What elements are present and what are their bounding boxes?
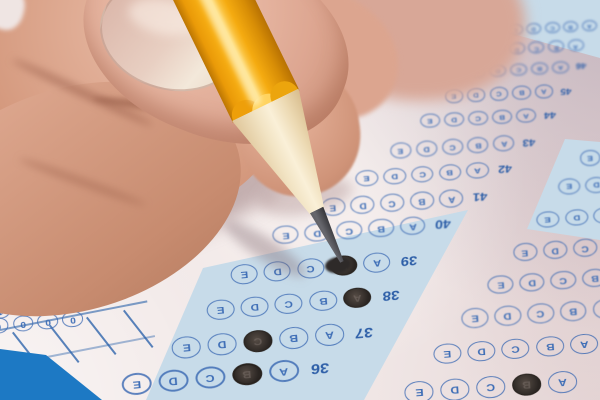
- bubble-A: A: [570, 333, 599, 355]
- bubble-letter: D: [391, 172, 398, 180]
- bubble-C: C: [468, 110, 488, 125]
- bubble-letter: A: [523, 112, 529, 119]
- bubble-E: E: [355, 169, 379, 187]
- bubble-E: E: [420, 113, 440, 128]
- bubble-D: D: [263, 260, 292, 282]
- bubble-letter: B: [319, 296, 328, 306]
- bubble-B: B: [511, 373, 542, 396]
- bubble-D: D: [158, 368, 190, 393]
- bubble-letter: E: [182, 342, 191, 352]
- question-number: 41: [472, 190, 487, 202]
- question-number: 38: [382, 288, 399, 303]
- bubble-B: B: [548, 40, 564, 52]
- bubble-letter: C: [388, 198, 396, 206]
- bubble-letter: A: [279, 366, 289, 377]
- scantron-photo: 444444333333222222111111000000 ABCDE36AB…: [0, 0, 600, 400]
- bubble-letter: A: [558, 64, 563, 70]
- bubble-E: E: [230, 263, 259, 285]
- bubble-B: B: [467, 137, 489, 154]
- bubble-letter: B: [377, 223, 385, 232]
- bubble-letter: A: [447, 194, 455, 202]
- bubble-A: A: [439, 189, 464, 208]
- bubble-letter: D: [528, 278, 536, 287]
- bubble-letter: E: [397, 147, 403, 154]
- bubble-D: D: [542, 240, 567, 259]
- bubble-letter: C: [206, 372, 216, 383]
- bubble-letter: B: [418, 196, 426, 204]
- bubble-B: B: [409, 191, 434, 210]
- bubble-A: A: [552, 61, 570, 74]
- bubble-C: C: [195, 365, 227, 390]
- bubble-E: E: [487, 274, 514, 294]
- bubble-E: E: [536, 210, 560, 229]
- bubble-B: B: [231, 362, 263, 387]
- bubble-letter: A: [408, 221, 416, 230]
- bubble-C: C: [550, 270, 577, 290]
- bubble-letter: A: [325, 330, 335, 340]
- bubble-letter: E: [566, 183, 572, 191]
- bubble-A: A: [581, 19, 597, 31]
- bubble-letter: C: [516, 67, 521, 73]
- bubble-E: E: [171, 336, 202, 360]
- bubble-letter: A: [573, 43, 578, 49]
- bubble-letter: E: [415, 387, 424, 397]
- question-number: 39: [401, 253, 418, 267]
- bubble-C: C: [274, 292, 304, 315]
- bubble-A: A: [516, 108, 536, 123]
- bubble-letter: B: [475, 141, 482, 148]
- bubble-C: C: [243, 329, 274, 353]
- bubble-C: C: [410, 165, 434, 183]
- bubble-D: D: [444, 112, 464, 127]
- bubble-E: E: [121, 372, 153, 397]
- bubble-letter: A: [580, 339, 589, 349]
- bubble-letter: C: [496, 91, 502, 97]
- bubble-B: B: [581, 268, 600, 288]
- bubble-letter: E: [240, 269, 248, 279]
- bubble-letter: C: [536, 309, 545, 318]
- bubble-letter: E: [587, 154, 593, 161]
- bubble-C: C: [544, 21, 560, 33]
- bubble-letter: B: [590, 273, 598, 282]
- bubble-D: D: [415, 140, 437, 157]
- bubble-E: E: [580, 150, 600, 166]
- bubble-letter: D: [451, 116, 457, 123]
- bubble-letter: B: [289, 333, 299, 343]
- bubble-letter: A: [372, 258, 381, 268]
- bubble-C: C: [380, 193, 405, 212]
- bubble-letter: D: [423, 145, 430, 152]
- bubble-letter: A: [500, 140, 507, 147]
- question-number: 45: [560, 86, 572, 95]
- bubble-A: A: [268, 359, 300, 384]
- bubble-letter: E: [216, 305, 225, 315]
- bubble-A: A: [493, 135, 515, 152]
- bubble-D: D: [585, 176, 600, 193]
- bubble-letter: C: [550, 25, 555, 30]
- bubble-letter: C: [511, 344, 520, 354]
- bubble-letter: E: [497, 280, 505, 289]
- bubble-letter: E: [132, 379, 141, 390]
- bubble-letter: E: [471, 313, 479, 322]
- bubble-letter: C: [559, 276, 567, 285]
- bubble-E: E: [404, 380, 435, 400]
- question-number: 40: [435, 217, 451, 230]
- bubble-A: A: [343, 286, 373, 309]
- bubble-B: B: [563, 20, 579, 32]
- bubble-C: C: [510, 63, 528, 76]
- bubble-D: D: [207, 332, 238, 356]
- bubble-letter: E: [427, 117, 433, 124]
- bubble-letter: E: [522, 248, 529, 257]
- bubble-letter: E: [363, 174, 370, 182]
- bubble-letter: A: [587, 23, 592, 28]
- bubble-B: B: [278, 326, 309, 350]
- question-number: 46: [576, 62, 587, 71]
- bubble-letter: C: [534, 45, 539, 51]
- bubble-B: B: [512, 85, 531, 99]
- bubble-C: C: [572, 238, 597, 257]
- bubble-letter: D: [169, 375, 179, 386]
- bubble-letter: C: [449, 143, 456, 150]
- bubble-B: B: [367, 218, 394, 239]
- bubble-C: C: [501, 338, 530, 360]
- bubble-letter: A: [558, 377, 567, 387]
- bubble-E: E: [558, 178, 581, 195]
- bubble-letter: D: [473, 92, 479, 98]
- bubble-D: D: [467, 340, 496, 362]
- bubble-D: D: [564, 208, 588, 227]
- bubble-letter: D: [477, 346, 486, 356]
- bubble-C: C: [526, 303, 554, 324]
- bubble-C: C: [441, 138, 463, 155]
- bubble-D: D: [519, 272, 546, 292]
- bubble-letter: D: [450, 384, 459, 394]
- bubble-E: E: [513, 242, 538, 261]
- bubble-letter: D: [250, 302, 259, 312]
- bubble-letter: C: [419, 170, 426, 178]
- bubble-letter: D: [593, 181, 600, 189]
- bubble-letter: D: [503, 311, 512, 320]
- bubble-A: A: [466, 161, 490, 179]
- bubble-A: A: [399, 215, 426, 236]
- bubble-E: E: [390, 142, 412, 159]
- bubble-B: B: [438, 163, 462, 181]
- bubble-letter: D: [218, 339, 228, 349]
- bubble-B: B: [492, 109, 512, 124]
- question-number: 43: [522, 136, 535, 147]
- bubble-B: B: [531, 62, 549, 75]
- bubble-letter: C: [581, 243, 589, 252]
- bubble-letter: A: [353, 293, 362, 303]
- bubble-letter: C: [486, 382, 495, 392]
- bubble-letter: B: [522, 379, 531, 389]
- bubble-letter: B: [519, 89, 525, 95]
- bubble-A: A: [592, 298, 600, 319]
- bubble-C: C: [476, 375, 507, 398]
- bubble-D: D: [383, 167, 407, 185]
- bubble-letter: E: [443, 349, 451, 359]
- bubble-letter: D: [359, 201, 367, 209]
- bubble-letter: E: [545, 215, 552, 223]
- bubble-letter: B: [446, 168, 453, 176]
- bubble-letter: D: [531, 25, 536, 30]
- bubble-D: D: [494, 305, 522, 326]
- bubble-letter: B: [545, 341, 554, 351]
- question-number: 42: [497, 163, 511, 175]
- bubble-E: E: [205, 298, 235, 321]
- bubble-E: E: [461, 307, 489, 328]
- bubble-letter: B: [554, 44, 559, 50]
- bubble-letter: B: [242, 369, 252, 380]
- bubble-letter: B: [537, 65, 542, 71]
- bubble-A: A: [547, 370, 578, 393]
- bubble-letter: A: [541, 88, 547, 94]
- bubble-C: C: [489, 87, 508, 101]
- question-number: 44: [543, 109, 556, 119]
- bubble-letter: B: [569, 306, 578, 315]
- bubble-letter: D: [573, 213, 580, 221]
- bubble-A: A: [534, 84, 553, 98]
- bubble-letter: D: [273, 266, 282, 276]
- bubble-letter: A: [474, 166, 481, 174]
- bubble-A: A: [314, 323, 345, 347]
- bubble-letter: C: [475, 115, 481, 122]
- bubble-E: E: [432, 342, 461, 364]
- bubble-D: D: [440, 378, 471, 400]
- bubble-letter: C: [284, 299, 293, 309]
- question-number: 37: [355, 324, 373, 339]
- bubble-letter: D: [551, 246, 559, 255]
- question-number: 36: [311, 360, 330, 376]
- bubble-letter: C: [253, 336, 263, 346]
- bubble-B: B: [308, 289, 338, 312]
- bubble-letter: B: [499, 113, 505, 120]
- bubble-D: D: [526, 22, 542, 34]
- bubble-D: D: [240, 295, 270, 318]
- bubble-B: B: [535, 335, 564, 357]
- bubble-A: A: [362, 252, 391, 274]
- bubble-B: B: [559, 300, 587, 321]
- bubble-C: C: [528, 41, 544, 53]
- bubble-A: A: [567, 39, 583, 51]
- bubble-letter: B: [568, 24, 573, 29]
- bubble-C: C: [593, 206, 600, 225]
